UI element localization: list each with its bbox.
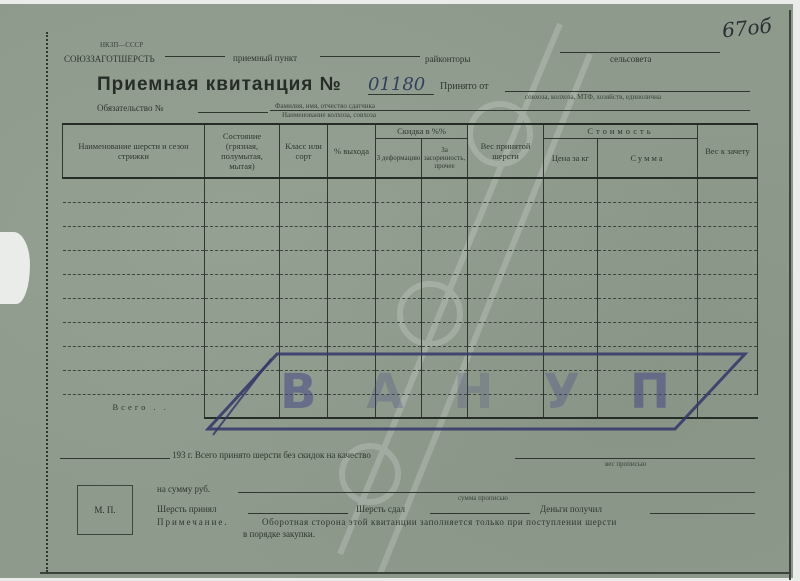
archive-number: 67об xyxy=(721,13,773,42)
col-discount-dirt: За засоренность, прочее xyxy=(422,138,468,178)
weight-words-hint: вес прописью xyxy=(605,460,646,468)
col-sum: Сумма xyxy=(598,138,698,178)
note-text-2: в порядке закупки. xyxy=(243,529,315,539)
table-row xyxy=(63,203,758,227)
fio-hint: Фамилия, имя, отчество сдатчика xyxy=(275,102,375,110)
col-price-per-kg: Цена за кг xyxy=(544,138,598,178)
col-yield: % выхода xyxy=(328,124,376,178)
torn-edge xyxy=(0,232,30,304)
col-discount: Скидка в %% xyxy=(376,124,468,138)
table-row xyxy=(63,227,758,251)
object-hint: Наименование колхоза, совхоза xyxy=(282,111,376,119)
year-total-line: 193 г. Всего принято шерсти без скидок н… xyxy=(172,450,371,460)
sum-label: на сумму руб. xyxy=(157,484,210,494)
serial-number: 01180 xyxy=(368,74,425,95)
receipt-title: Приемная квитанция № xyxy=(97,74,342,96)
paper-edge xyxy=(789,10,791,580)
col-weight: Вес принятой шерсти xyxy=(468,124,544,178)
sum-words-hint: сумма прописью xyxy=(458,494,508,502)
point-label: приемный пункт xyxy=(233,53,297,63)
received-from-label: Принято от xyxy=(440,81,489,92)
stamp-text: В А Н У П xyxy=(280,364,680,424)
ministry-label: НКЗП—СССР xyxy=(100,41,143,49)
note-text: Оборотная сторона этой квитанции заполня… xyxy=(262,517,617,527)
table-row xyxy=(63,251,758,275)
table-row xyxy=(63,323,758,347)
rayon-label: райконторы xyxy=(425,54,470,64)
table-row xyxy=(63,275,758,299)
seal-box: М. П. xyxy=(77,485,133,535)
obligation-label: Обязательство № xyxy=(97,103,163,113)
col-discount-deform: З деформацию xyxy=(376,138,422,178)
table-row xyxy=(63,299,758,323)
total-label: Всего . . xyxy=(63,395,205,419)
col-cost: Стоимость xyxy=(544,124,698,138)
perforation-line xyxy=(46,32,48,572)
col-condition: Состояние (грязная, полумытая, мытая) xyxy=(205,124,280,178)
selsovet-label: сельсовета xyxy=(610,54,651,64)
col-credit-weight: Вес к зачету xyxy=(698,124,758,178)
received-from-hint: совхоза, колхоза, МТФ, хозяйств, единоли… xyxy=(525,93,661,101)
money-received-label: Деньги получил xyxy=(540,504,602,514)
wool-accepted-label: Шерсть принял xyxy=(157,504,216,514)
wool-delivered-label: Шерсть сдал xyxy=(356,504,405,514)
org-label: СОЮЗЗАГОТШЕРСТЬ xyxy=(64,54,155,64)
col-class: Класс или сорт xyxy=(280,124,328,178)
receipt-paper: 67об НКЗП—СССР СОЮЗЗАГОТШЕРСТЬ приемный … xyxy=(0,4,793,578)
col-wool-name: Наименование шерсти и сезон стрижки xyxy=(63,124,205,178)
table-row xyxy=(63,178,758,203)
note-label: Примечание. xyxy=(157,517,229,527)
